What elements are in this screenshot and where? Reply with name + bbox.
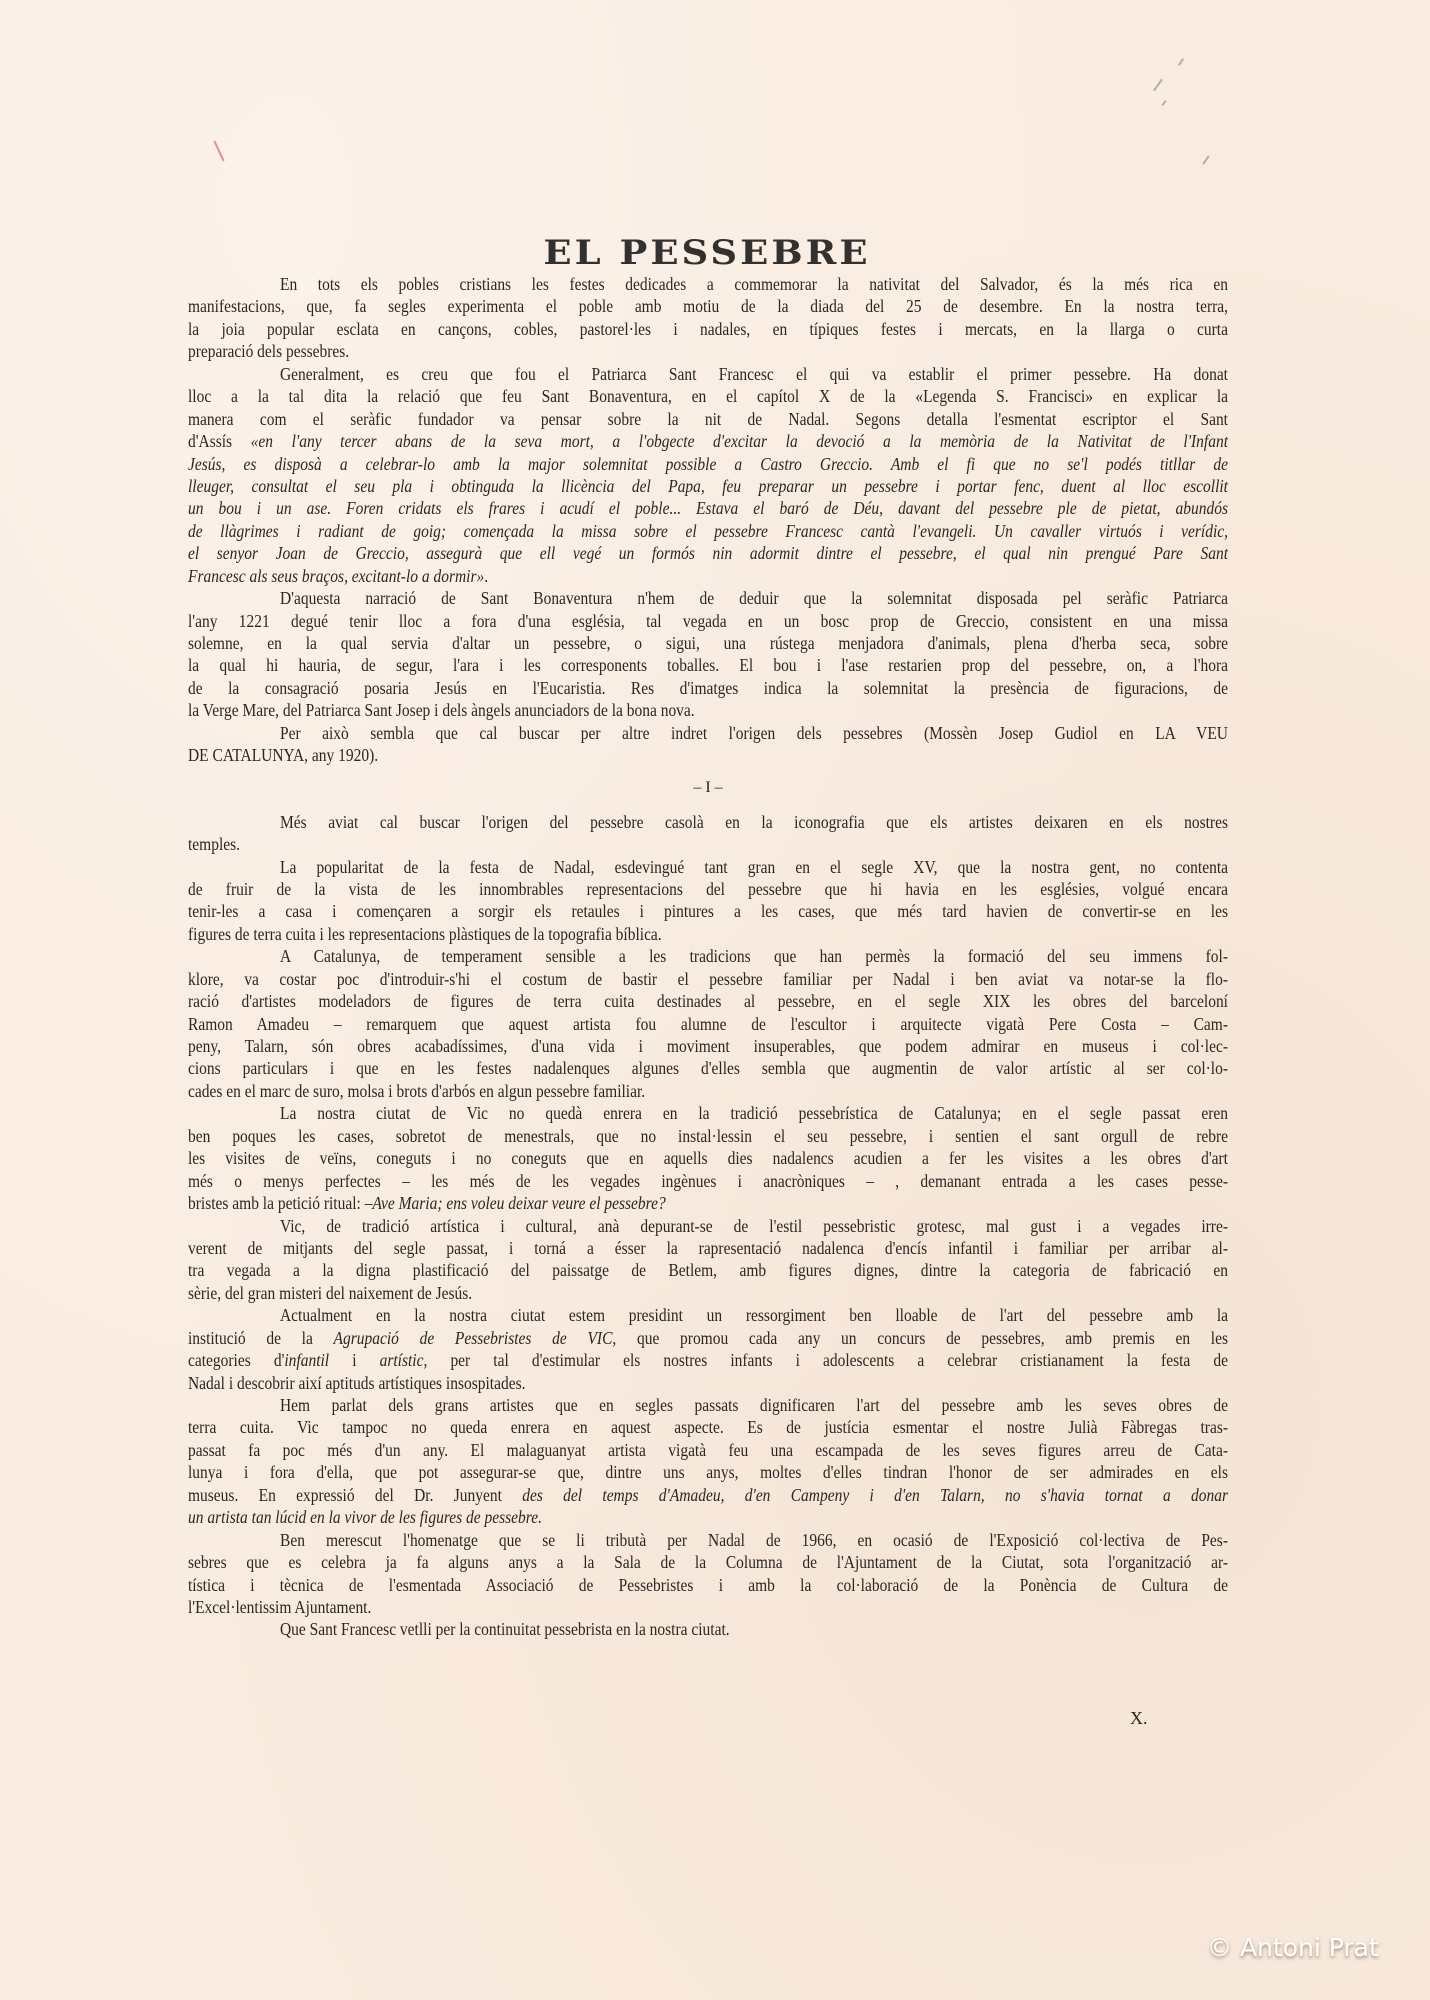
paragraph: En tots els pobles cristians les festes …: [188, 273, 1228, 363]
text-line: Nadal i descobrir així aptituds artístiq…: [188, 1372, 1228, 1394]
text-line: tra vegada a la digna plastificació del …: [188, 1259, 1228, 1281]
text: manera com el seràfic fundador va pensar…: [188, 409, 1228, 429]
italic-text: Jesús, es disposà a celebrar-lo amb la m…: [188, 454, 1228, 474]
text-line: Ramon Amadeu – remarquem que aquest arti…: [188, 1013, 1228, 1035]
text-line: cions particulars i que en les festes na…: [188, 1057, 1228, 1079]
paragraph: Generalment, es creu que fou el Patriarc…: [188, 363, 1228, 587]
text: l'any 1221 degué tenir lloc a fora d'una…: [188, 611, 1228, 631]
text-line: tística i tècnica de l'esmentada Associa…: [188, 1574, 1228, 1596]
text-line: solemne, en la qual servia d'altar un pe…: [188, 632, 1228, 654]
paragraph: Ben merescut l'homenatge que se li tribu…: [188, 1529, 1228, 1619]
text-line: Vic, de tradició artística i cultural, a…: [188, 1215, 1228, 1237]
ink-speck: [1178, 58, 1184, 66]
italic-text: infantil: [284, 1350, 329, 1370]
scanned-page: EL PESSEBRE En tots els pobles cristians…: [0, 0, 1430, 2000]
text-line: Per això sembla que cal buscar per altre…: [188, 722, 1228, 744]
text-line: les visites de veïns, coneguts i no cone…: [188, 1147, 1228, 1169]
text: d'Assís: [188, 431, 251, 451]
italic-text: de llàgrimes i radiant de goig; començad…: [188, 521, 1228, 541]
text: categories d': [188, 1350, 284, 1370]
text-line: temples.: [188, 833, 1228, 855]
italic-text: el senyor Joan de Greccio, assegurà que …: [188, 543, 1228, 563]
text-line: la Verge Mare, del Patriarca Sant Josep …: [188, 699, 1228, 721]
text: En tots els pobles cristians les festes …: [280, 274, 1228, 294]
text: cions particulars i que en les festes na…: [188, 1058, 1228, 1078]
text-line: La nostra ciutat de Vic no quedà enrera …: [188, 1102, 1228, 1124]
text: .: [484, 566, 488, 586]
text-line: ració d'artistes modeladors de figures d…: [188, 990, 1228, 1012]
text: Per això sembla que cal buscar per altre…: [280, 723, 1228, 743]
text: que promou cada any un concurs de pesseb…: [616, 1328, 1228, 1348]
text: per tal d'estimular els nostres infants …: [427, 1350, 1228, 1370]
text: manifestacions, que, fa segles experimen…: [188, 296, 1228, 316]
text: cades en el marc de suro, molsa i brots …: [188, 1081, 645, 1101]
text: Generalment, es creu que fou el Patriarc…: [280, 364, 1228, 384]
text-line: Jesús, es disposà a celebrar-lo amb la m…: [188, 453, 1228, 475]
text: D'aquesta narració de Sant Bonaventura n…: [280, 588, 1228, 608]
text-line: institució de la Agrupació de Pessebrist…: [188, 1327, 1228, 1349]
text: la joia popular esclata en cançons, cobl…: [188, 319, 1228, 339]
text-line: D'aquesta narració de Sant Bonaventura n…: [188, 587, 1228, 609]
italic-text: des del temps d'Amadeu, d'en Campeny i d…: [522, 1485, 1228, 1505]
italic-text: un artista tan lúcid en la vivor de les …: [188, 1507, 542, 1527]
text-line: lunya i fora d'ella, que pot assegurar-s…: [188, 1461, 1228, 1483]
text-line: manifestacions, que, fa segles experimen…: [188, 295, 1228, 317]
text: ració d'artistes modeladors de figures d…: [188, 991, 1228, 1011]
ink-speck: [1153, 79, 1163, 92]
text-line: terra cuita. Vic tampoc no queda enrera …: [188, 1416, 1228, 1438]
ink-speck: [1202, 155, 1209, 164]
paragraph: Més aviat cal buscar l'origen del pesseb…: [188, 811, 1228, 856]
text: tenir-les a casa i començaren a sorgir e…: [188, 901, 1228, 921]
text: Ben merescut l'homenatge que se li tribu…: [280, 1530, 1228, 1550]
text-line: l'any 1221 degué tenir lloc a fora d'una…: [188, 610, 1228, 632]
paragraph: Vic, de tradició artística i cultural, a…: [188, 1215, 1228, 1305]
text: klore, va costar poc d'introduir-s'hi el…: [188, 969, 1228, 989]
text-line: lloc a la tal dita la relació que feu Sa…: [188, 385, 1228, 407]
section-separator: – I –: [188, 767, 1228, 805]
text-line: un bou i un ase. Foren cridats els frare…: [188, 497, 1228, 519]
text-line: Més aviat cal buscar l'origen del pesseb…: [188, 811, 1228, 833]
text: la Verge Mare, del Patriarca Sant Josep …: [188, 700, 695, 720]
paragraph: Hem parlat dels grans artistes que en se…: [188, 1394, 1228, 1529]
text-line: ben poques les cases, sobretot de menest…: [188, 1125, 1228, 1147]
paragraph: La popularitat de la festa de Nadal, esd…: [188, 856, 1228, 946]
text-line: l'Excel·lentissim Ajuntament.: [188, 1596, 1228, 1618]
paragraph: Per això sembla que cal buscar per altre…: [188, 722, 1228, 767]
paragraph: La nostra ciutat de Vic no quedà enrera …: [188, 1102, 1228, 1214]
text-line: En tots els pobles cristians les festes …: [188, 273, 1228, 295]
text-line: Generalment, es creu que fou el Patriarc…: [188, 363, 1228, 385]
text-line: sèrie, del gran misteri del naixement de…: [188, 1282, 1228, 1304]
text-line: la qual hi hauria, de segur, l'ara i les…: [188, 654, 1228, 676]
text: museus. En expressió del Dr. Junyent: [188, 1485, 522, 1505]
text-line: un artista tan lúcid en la vivor de les …: [188, 1506, 1228, 1528]
text: Nadal i descobrir així aptituds artístiq…: [188, 1373, 525, 1393]
text-line: més o menys perfectes – les més de les v…: [188, 1170, 1228, 1192]
italic-text: lleuger, consultat el seu pla i obtingud…: [188, 476, 1228, 496]
text: tra vegada a la digna plastificació del …: [188, 1260, 1228, 1280]
text: figures de terra cuita i les representac…: [188, 924, 662, 944]
text: ben poques les cases, sobretot de menest…: [188, 1126, 1228, 1146]
text: més o menys perfectes – les més de les v…: [188, 1171, 1228, 1191]
text: de fruir de la vista de les innombrables…: [188, 879, 1228, 899]
text-line: Ben merescut l'homenatge que se li tribu…: [188, 1529, 1228, 1551]
ink-speck: [1161, 100, 1166, 106]
text: temples.: [188, 834, 240, 854]
italic-text: Agrupació de Pessebristes de VIC,: [334, 1328, 617, 1348]
italic-text: artístic,: [380, 1350, 428, 1370]
text: preparació dels pessebres.: [188, 341, 349, 361]
text-line: Que Sant Francesc vetlli per la continui…: [188, 1618, 1228, 1640]
text: Actualment en la nostra ciutat estem pre…: [280, 1305, 1228, 1325]
copyright-watermark: © Antoni Prat: [1207, 1933, 1379, 1962]
text-line: cades en el marc de suro, molsa i brots …: [188, 1080, 1228, 1102]
text-line: peny, Talarn, són obres acabadíssimes, d…: [188, 1035, 1228, 1057]
text-line: manera com el seràfic fundador va pensar…: [188, 408, 1228, 430]
text: lunya i fora d'ella, que pot assegurar-s…: [188, 1462, 1228, 1482]
text-line: la joia popular esclata en cançons, cobl…: [188, 318, 1228, 340]
text: terra cuita. Vic tampoc no queda enrera …: [188, 1417, 1228, 1437]
text-line: Francesc als seus braços, excitant-lo a …: [188, 565, 1228, 587]
text: La popularitat de la festa de Nadal, esd…: [280, 857, 1228, 877]
text: DE CATALUNYA, any 1920).: [188, 745, 378, 765]
text: Hem parlat dels grans artistes que en se…: [280, 1395, 1228, 1415]
text-line: Hem parlat dels grans artistes que en se…: [188, 1394, 1228, 1416]
text-line: de fruir de la vista de les innombrables…: [188, 878, 1228, 900]
text: sèrie, del gran misteri del naixement de…: [188, 1283, 472, 1303]
text-line: figures de terra cuita i les representac…: [188, 923, 1228, 945]
italic-text: un bou i un ase. Foren cridats els frare…: [188, 498, 1228, 518]
text: passat fa poc més d'un any. El malaguany…: [188, 1440, 1228, 1460]
text-line: Actualment en la nostra ciutat estem pre…: [188, 1304, 1228, 1326]
text: de la consagració posaria Jesús en l'Euc…: [188, 678, 1228, 698]
text-line: A Catalunya, de temperament sensible a l…: [188, 945, 1228, 967]
italic-text: –Ave Maria; ens voleu deixar veure el pe…: [365, 1193, 666, 1213]
text: solemne, en la qual servia d'altar un pe…: [188, 633, 1228, 653]
article-body: En tots els pobles cristians les festes …: [188, 273, 1228, 1641]
text: lloc a la tal dita la relació que feu Sa…: [188, 386, 1228, 406]
italic-text: «en l'any tercer abans de la seva mort, …: [251, 431, 1228, 451]
text: peny, Talarn, són obres acabadíssimes, d…: [188, 1036, 1228, 1056]
text-line: klore, va costar poc d'introduir-s'hi el…: [188, 968, 1228, 990]
text-line: sebres que es celebra ja fa alguns anys …: [188, 1551, 1228, 1573]
text-line: de la consagració posaria Jesús en l'Euc…: [188, 677, 1228, 699]
text-line: lleuger, consultat el seu pla i obtingud…: [188, 475, 1228, 497]
text: tística i tècnica de l'esmentada Associa…: [188, 1575, 1228, 1595]
text: Més aviat cal buscar l'origen del pesseb…: [280, 812, 1228, 832]
paragraph: Actualment en la nostra ciutat estem pre…: [188, 1304, 1228, 1394]
text-line: passat fa poc més d'un any. El malaguany…: [188, 1439, 1228, 1461]
text-line: el senyor Joan de Greccio, assegurà que …: [188, 542, 1228, 564]
text: A Catalunya, de temperament sensible a l…: [280, 946, 1228, 966]
text: Vic, de tradició artística i cultural, a…: [280, 1216, 1228, 1236]
text: les visites de veïns, coneguts i no cone…: [188, 1148, 1228, 1168]
text: verent de mitjants del segle passat, i t…: [188, 1238, 1228, 1258]
text-line: tenir-les a casa i començaren a sorgir e…: [188, 900, 1228, 922]
text: l'Excel·lentissim Ajuntament.: [188, 1597, 371, 1617]
text: i: [329, 1350, 379, 1370]
text-line: bristes amb la petició ritual: –Ave Mari…: [188, 1192, 1228, 1214]
paragraph: Que Sant Francesc vetlli per la continui…: [188, 1618, 1228, 1640]
red-ink-mark: [213, 141, 224, 162]
page-title: EL PESSEBRE: [0, 232, 1414, 272]
text: Que Sant Francesc vetlli per la continui…: [280, 1619, 730, 1639]
author-signature: X.: [1130, 1708, 1148, 1729]
text: Ramon Amadeu – remarquem que aquest arti…: [188, 1014, 1228, 1034]
paragraph: D'aquesta narració de Sant Bonaventura n…: [188, 587, 1228, 722]
text-line: verent de mitjants del segle passat, i t…: [188, 1237, 1228, 1259]
text: institució de la: [188, 1328, 334, 1348]
text-line: La popularitat de la festa de Nadal, esd…: [188, 856, 1228, 878]
text-line: preparació dels pessebres.: [188, 340, 1228, 362]
text: la qual hi hauria, de segur, l'ara i les…: [188, 655, 1228, 675]
text: sebres que es celebra ja fa alguns anys …: [188, 1552, 1228, 1572]
text-line: de llàgrimes i radiant de goig; començad…: [188, 520, 1228, 542]
text: bristes amb la petició ritual:: [188, 1193, 365, 1213]
text-line: DE CATALUNYA, any 1920).: [188, 744, 1228, 766]
paragraph: A Catalunya, de temperament sensible a l…: [188, 945, 1228, 1102]
text-line: d'Assís «en l'any tercer abans de la sev…: [188, 430, 1228, 452]
text-line: museus. En expressió del Dr. Junyent des…: [188, 1484, 1228, 1506]
text-line: categories d'infantil i artístic, per ta…: [188, 1349, 1228, 1371]
italic-text: Francesc als seus braços, excitant-lo a …: [188, 566, 484, 586]
text: La nostra ciutat de Vic no quedà enrera …: [280, 1103, 1228, 1123]
